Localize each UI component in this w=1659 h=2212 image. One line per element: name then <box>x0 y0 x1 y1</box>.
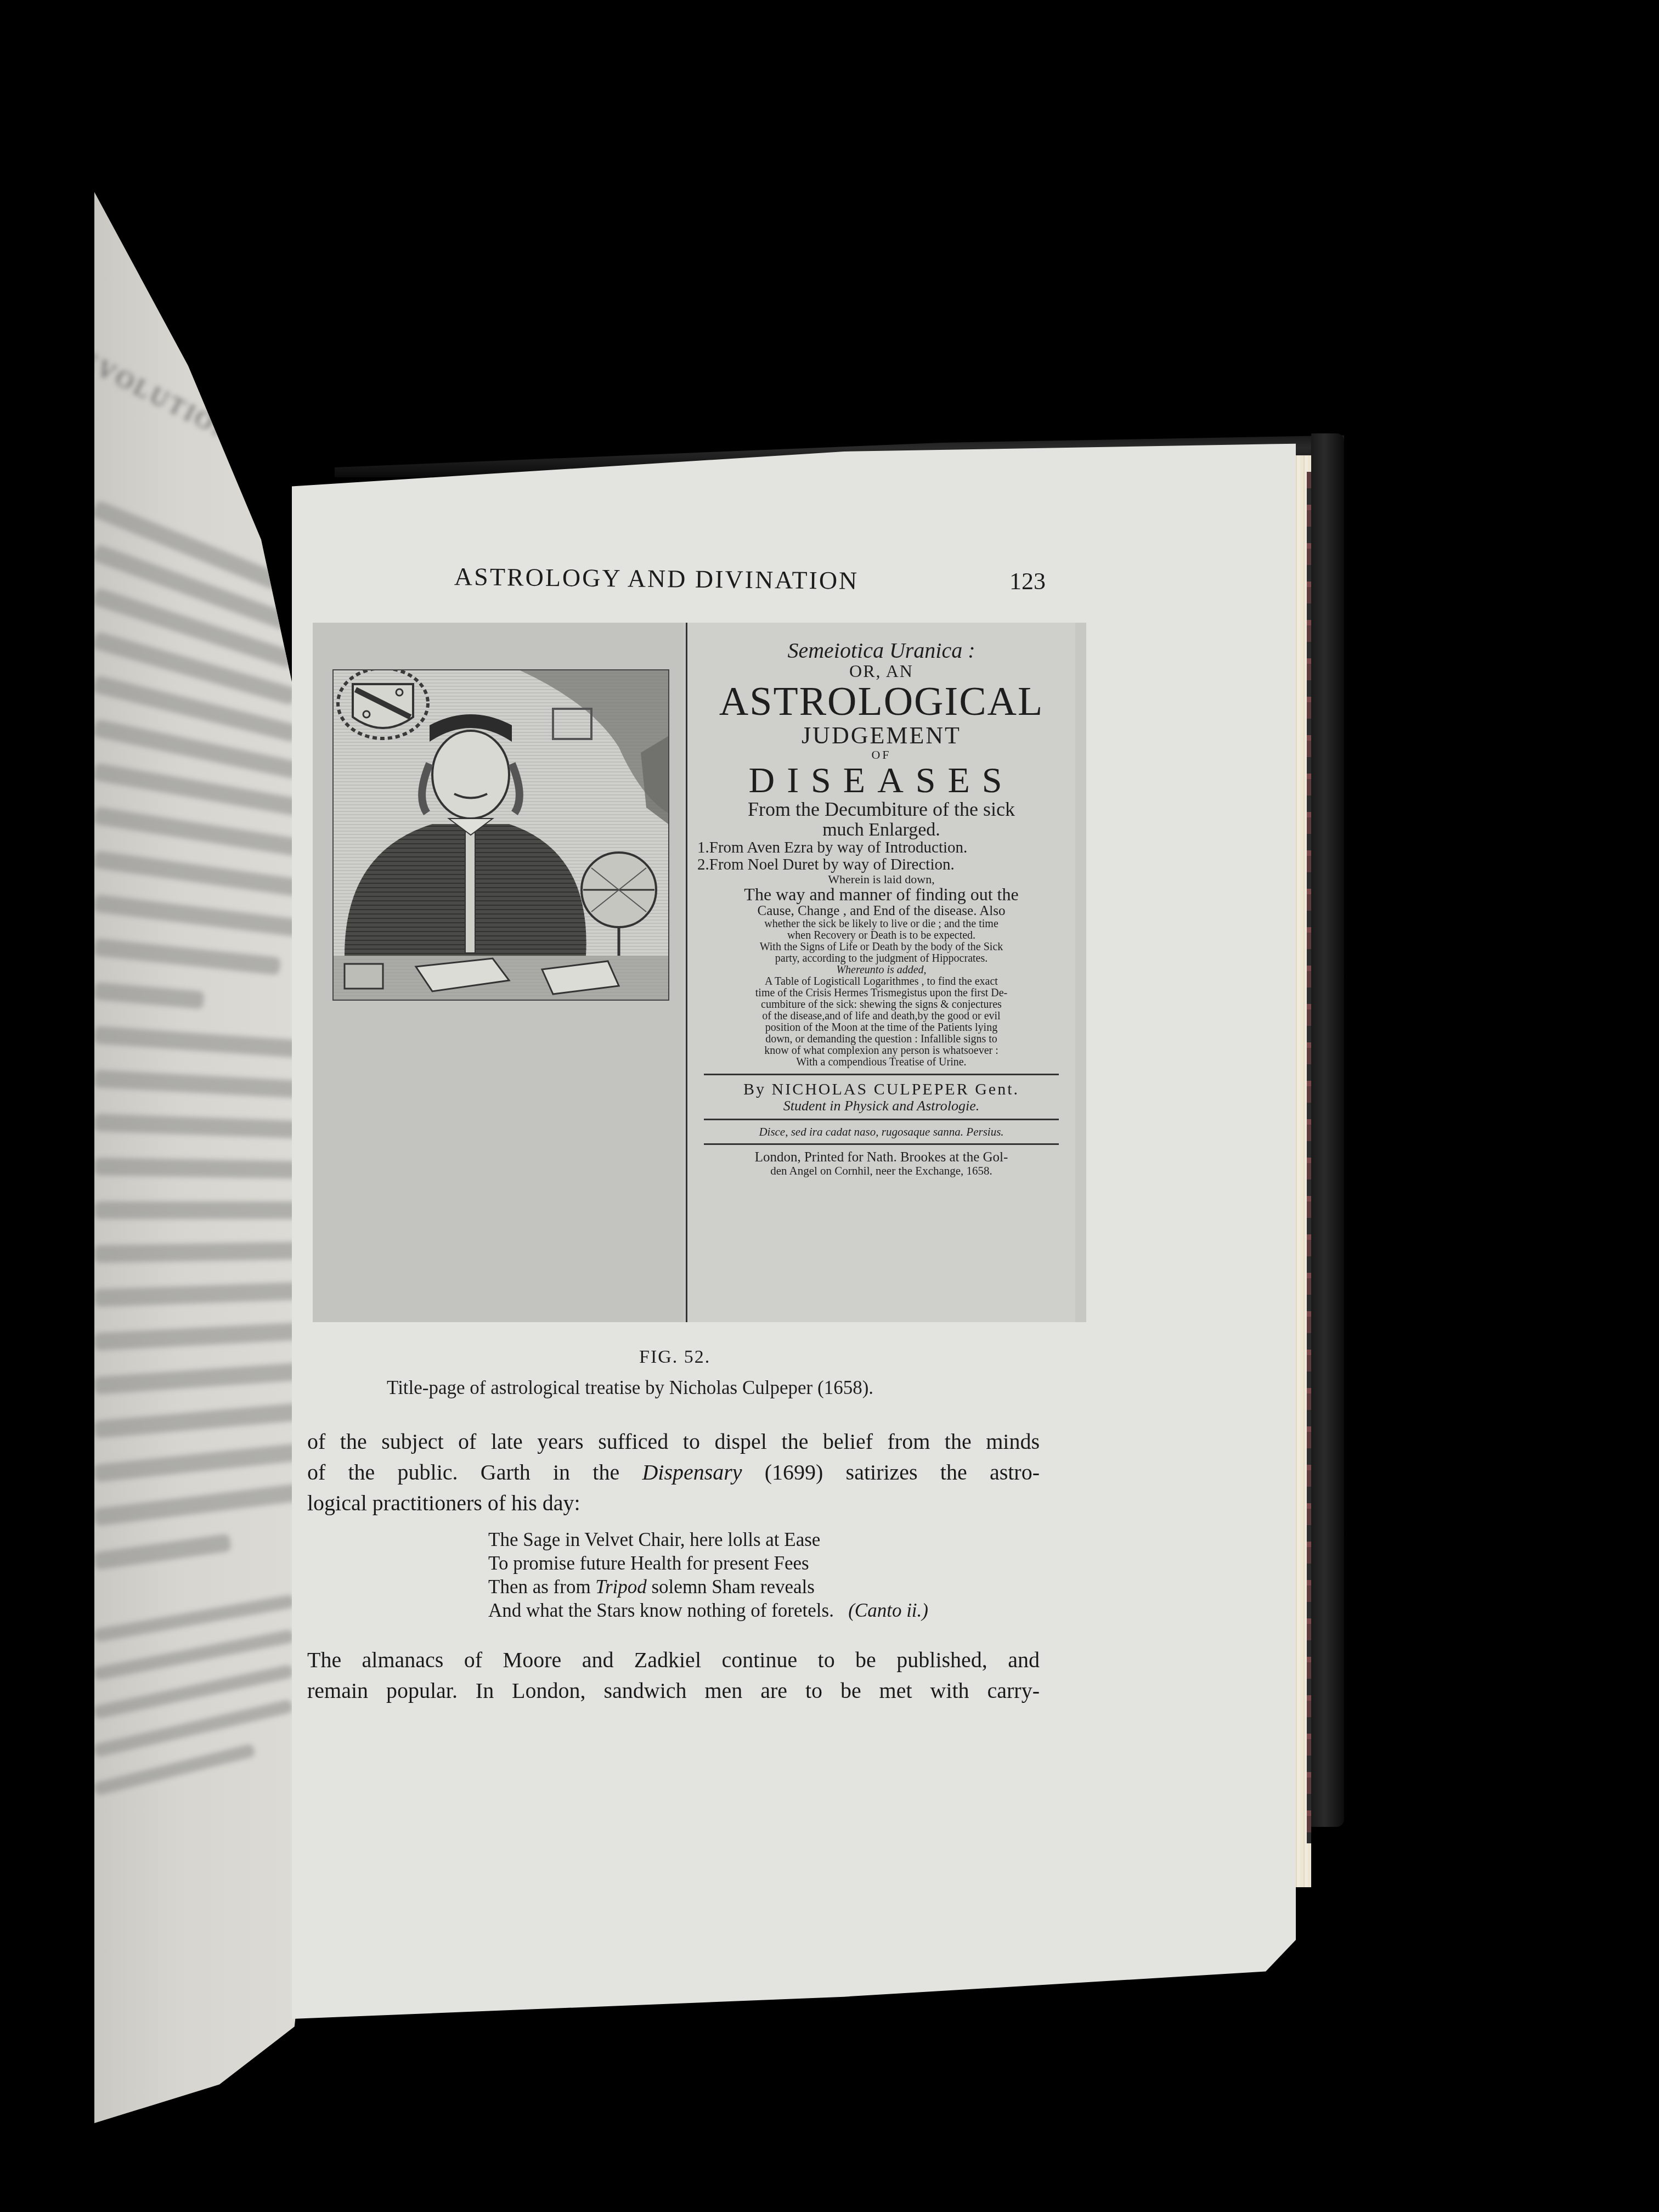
tp-body-line: know of what complexion any person is wh… <box>687 1045 1075 1057</box>
dispensary-title: Dispensary <box>642 1460 742 1485</box>
tp-body-line: of the disease,and of life and death,by … <box>687 1011 1075 1022</box>
paragraph-line: logical practitioners of his day: <box>307 1488 1040 1519</box>
tp-judgement: JUDGEMENT <box>687 723 1075 748</box>
tp-body-line: With a compendious Treatise of Urine. <box>687 1057 1075 1068</box>
tp-wherein: Wherein is laid down, <box>687 873 1075 885</box>
blurred-text-line <box>94 806 302 856</box>
tp-body-line: A Table of Logisticall Logarithmes , to … <box>687 976 1075 988</box>
paragraph-line: of the subject of late years sufficed to… <box>307 1426 1040 1457</box>
culpeper-title-page: Semeiotica Uranica : OR, AN ASTROLOGICAL… <box>686 623 1075 1322</box>
paragraph-line: remain popular. In London, sandwich men … <box>307 1675 1040 1706</box>
running-head: ASTROLOGY AND DIVINATION <box>454 562 859 595</box>
blurred-text-line <box>94 1026 303 1058</box>
paragraph-1: of the subject of late years sufficed to… <box>307 1426 1040 1519</box>
page-number: 123 <box>1009 567 1046 595</box>
blurred-text-line <box>94 1533 232 1570</box>
tp-body-line: party, according to the judgment of Hipp… <box>687 953 1075 964</box>
tp-or-an: OR, AN <box>687 662 1075 681</box>
tp-cause-change: Cause, Change , and End of the disease. … <box>687 904 1075 918</box>
tp-item-1: 1.From Aven Ezra by way of Introduction. <box>687 839 1075 856</box>
verse-line: To promise future Health for present Fee… <box>488 1551 928 1575</box>
verse-line: And what the Stars know nothing of foret… <box>488 1599 928 1622</box>
face-icon <box>432 731 509 819</box>
tp-way-and-manner: The way and manner of finding out the <box>687 885 1075 904</box>
blurred-text-line <box>94 1201 303 1219</box>
blurred-text-line <box>94 1322 303 1351</box>
canto-citation: (Canto ii.) <box>848 1600 928 1621</box>
paragraph-line: of the public. Garth in the Dispensary (… <box>307 1457 1040 1488</box>
text-span: of the public. Garth in the <box>307 1460 642 1485</box>
paragraph-2: The almanacs of Moore and Zadkiel contin… <box>307 1645 1040 1706</box>
tp-motto: Disce, sed ira cadat naso, rugosaque san… <box>687 1126 1075 1138</box>
culpeper-portrait-engraving <box>332 669 669 1001</box>
blurred-text-line <box>94 894 302 937</box>
blurred-text-line <box>94 1403 303 1438</box>
tp-body-line: when Recovery or Death is to be expected… <box>687 930 1075 941</box>
tp-of: OF <box>687 748 1075 761</box>
figure-52: Semeiotica Uranica : OR, AN ASTROLOGICAL… <box>313 623 1086 1322</box>
tp-whereunto: Whereunto is added, <box>687 964 1075 976</box>
blurred-text-line <box>94 1070 303 1098</box>
left-page-blurred-content: EVOLUTION OF MODE <box>94 192 303 2123</box>
frontispiece-panel <box>313 623 683 1322</box>
tp-body-line: time of the Crisis Hermes Trismegistus u… <box>687 988 1075 999</box>
coat-of-arms-icon <box>338 670 428 738</box>
tp-author: By NICHOLAS CULPEPER Gent. <box>687 1081 1075 1098</box>
blurred-text-line <box>94 1443 303 1482</box>
tp-body-line: With the Signs of Life or Death by the b… <box>687 941 1075 953</box>
text-span: And what the Stars know nothing of foret… <box>488 1600 834 1621</box>
left-running-head: EVOLUTION OF MODE <box>94 346 303 485</box>
figure-caption: Title-page of astrological treatise by N… <box>387 1377 873 1399</box>
tp-rule <box>704 1143 1059 1145</box>
tp-diseases: DISEASES <box>687 761 1075 799</box>
text-span: Then as from <box>488 1576 595 1598</box>
paragraph-line: The almanacs of Moore and Zadkiel contin… <box>307 1645 1040 1675</box>
text-span: solemn Sham reveals <box>647 1576 815 1598</box>
inkwell-icon <box>345 964 383 989</box>
text-span: (1699) satirizes the astro- <box>742 1460 1040 1485</box>
tp-body-line: position of the Moon at the time of the … <box>687 1022 1075 1034</box>
tp-body-line: cumbiture of the sick: shewing the signs… <box>687 999 1075 1011</box>
blurred-text-line <box>94 1282 303 1307</box>
blurred-text-line <box>94 1158 303 1179</box>
figure-number: FIG. 52. <box>639 1347 710 1368</box>
tp-body-line: down, or demanding the question : Infall… <box>687 1034 1075 1045</box>
blurred-text-line <box>94 938 281 975</box>
blurred-text-line <box>94 1483 302 1526</box>
blurred-text-line <box>94 982 205 1009</box>
blurred-text-line <box>94 1363 303 1395</box>
portrait-illustration-icon <box>334 670 668 1000</box>
tp-body-line: whether the sick be likely to live or di… <box>687 918 1075 930</box>
tp-title-latin: Semeiotica Uranica : <box>687 639 1075 662</box>
tp-imprint-1: London, Printed for Nath. Brookes at the… <box>687 1150 1075 1165</box>
tp-rule <box>704 1119 1059 1120</box>
tp-item-2: 2.From Noel Duret by way of Direction. <box>687 856 1075 873</box>
tp-from-decumbiture: From the Decumbiture of the sick <box>687 799 1075 820</box>
tp-astrological: ASTROLOGICAL <box>687 681 1075 724</box>
tp-author-subtitle: Student in Physick and Astrologie. <box>687 1098 1075 1113</box>
book-cover-right-edge <box>1311 433 1344 1827</box>
verse-quotation: The Sage in Velvet Chair, here lolls at … <box>488 1528 928 1622</box>
verse-line: Then as from Tripod solemn Sham reveals <box>488 1575 928 1599</box>
blurred-text-line <box>94 850 302 897</box>
blurred-text-line <box>94 1114 303 1138</box>
verse-line: The Sage in Velvet Chair, here lolls at … <box>488 1528 928 1551</box>
left-page: EVOLUTION OF MODE <box>94 192 303 2123</box>
blurred-text-line <box>94 1242 303 1263</box>
tripod-italic: Tripod <box>595 1576 646 1598</box>
tp-imprint-2: den Angel on Cornhil, neer the Exchange,… <box>687 1165 1075 1177</box>
tp-much-enlarged: much Enlarged. <box>687 820 1075 840</box>
marbled-edge <box>1307 472 1311 1843</box>
tp-rule <box>704 1074 1059 1075</box>
